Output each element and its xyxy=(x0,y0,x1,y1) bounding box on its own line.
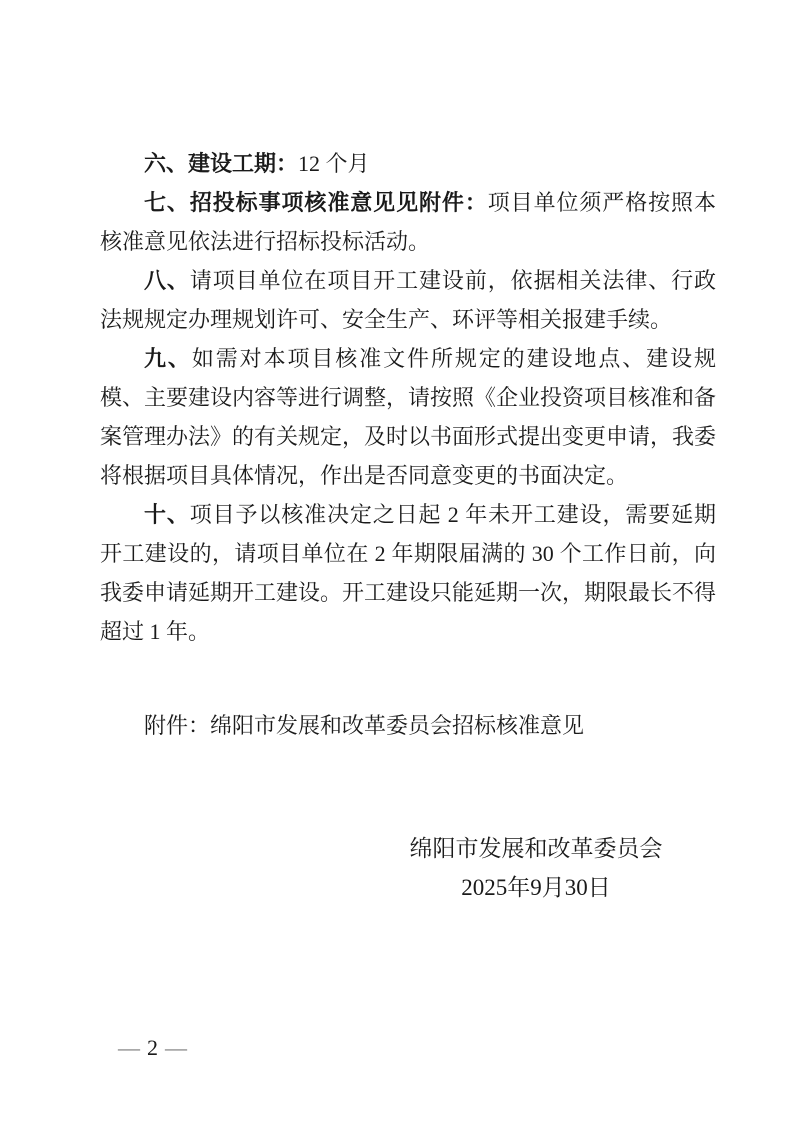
page-number-value: 2 xyxy=(147,1035,158,1060)
page-number-dash-right: — xyxy=(165,1035,187,1060)
page-number: —2— xyxy=(118,1034,187,1062)
clause-ten-text: 项目予以核准决定之日起 2 年未开工建设，需要延期开工建设的，请项目单位在 2 … xyxy=(100,502,716,644)
clause-nine: 九、如需对本项目核准文件所规定的建设地点、建设规模、主要建设内容等进行调整，请按… xyxy=(100,339,716,495)
document-page: 六、建设工期：12 个月 七、招投标事项核准意见见附件：项目单位须严格按照本核准… xyxy=(0,0,793,1122)
clause-eight-text: 请项目单位在项目开工建设前，依据相关法律、行政法规规定办理规划许可、安全生产、环… xyxy=(100,268,716,332)
clause-eight: 八、请项目单位在项目开工建设前，依据相关法律、行政法规规定办理规划许可、安全生产… xyxy=(100,261,716,339)
signature-date: 2025年9月30日 xyxy=(356,868,716,907)
document-body: 六、建设工期：12 个月 七、招投标事项核准意见见附件：项目单位须严格按照本核准… xyxy=(100,144,716,907)
clause-nine-text: 如需对本项目核准文件所规定的建设地点、建设规模、主要建设内容等进行调整，请按照《… xyxy=(100,346,716,488)
signature-block: 绵阳市发展和改革委员会 2025年9月30日 xyxy=(356,829,716,907)
attachment-line: 附件：绵阳市发展和改革委员会招标核准意见 xyxy=(100,706,716,745)
clause-six: 六、建设工期：12 个月 xyxy=(100,144,716,183)
page-number-dash-left: — xyxy=(118,1035,140,1060)
clause-seven-label: 七、招投标事项核准意见见附件： xyxy=(144,190,488,215)
clause-six-text: 12 个月 xyxy=(298,151,370,176)
signature-issuer: 绵阳市发展和改革委员会 xyxy=(356,829,716,868)
clause-six-label: 六、建设工期： xyxy=(144,151,298,176)
clause-ten: 十、项目予以核准决定之日起 2 年未开工建设，需要延期开工建设的，请项目单位在 … xyxy=(100,495,716,651)
clause-nine-label: 九、 xyxy=(144,346,192,371)
clause-eight-label: 八、 xyxy=(144,268,190,293)
clause-ten-label: 十、 xyxy=(144,502,190,527)
clause-seven: 七、招投标事项核准意见见附件：项目单位须严格按照本核准意见依法进行招标投标活动。 xyxy=(100,183,716,261)
